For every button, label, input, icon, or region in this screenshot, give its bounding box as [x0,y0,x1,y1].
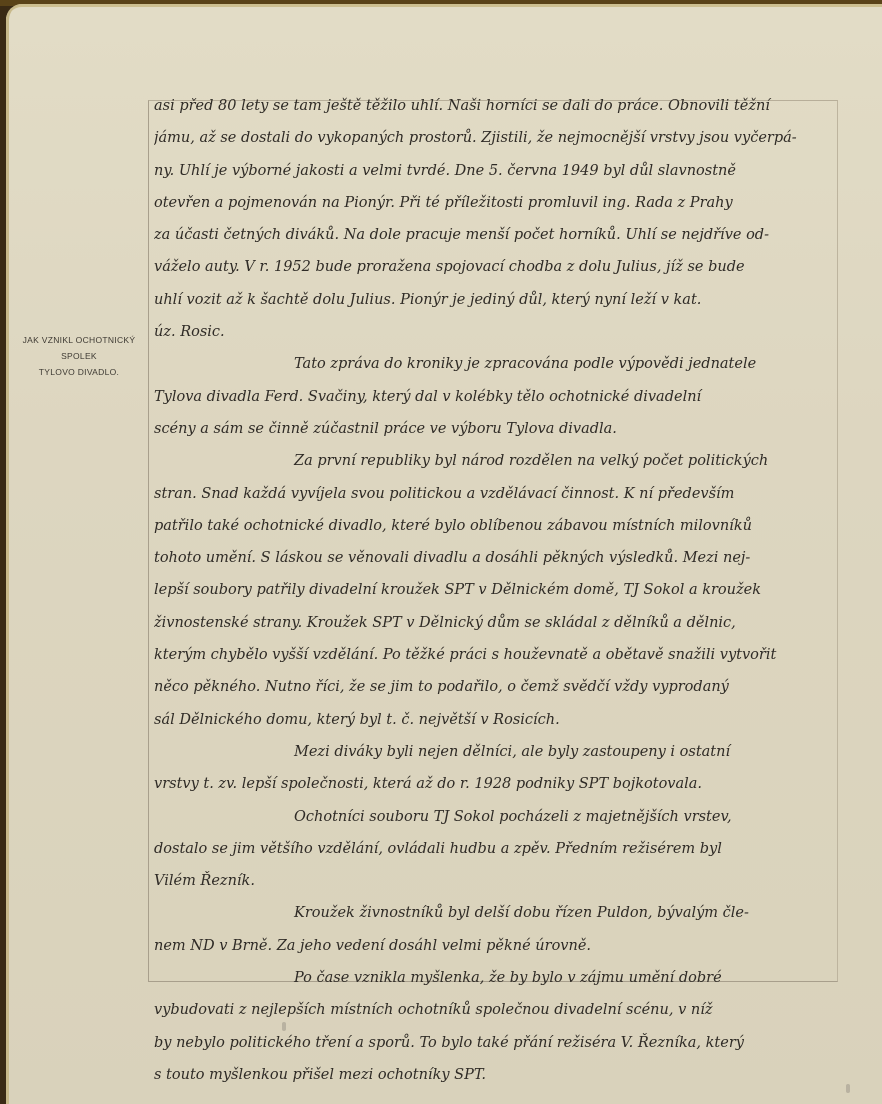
text-line: patřilo také ochotnické divadlo, které b… [154,510,834,542]
text-line: nem ND v Brně. Za jeho vedení dosáhl vel… [154,930,834,962]
paper-speck [282,1022,286,1031]
text-line: vrstvy t. zv. lepší společnosti, která a… [154,768,834,800]
text-line: lepší soubory patřily divadelní kroužek … [154,574,834,606]
text-line: Tylova divadla Ferd. Svačiny, který dal … [154,381,834,413]
text-line: Vilém Řezník. [154,865,834,897]
text-line: dostalo se jim většího vzdělání, ovládal… [154,833,834,865]
paragraph-start: Kroužek živnostníků byl delší dobu řízen… [154,897,834,929]
text-line: s touto myšlenkou přišel mezi ochotníky … [154,1059,834,1091]
text-line: živnostenské strany. Kroužek SPT v Dělni… [154,607,834,639]
paper-speck [846,1084,850,1093]
text-line: tohoto umění. S láskou se věnovali divad… [154,542,834,574]
text-line: vybudovati z nejlepších místních ochotní… [154,994,834,1026]
text-line: úz. Rosic. [154,316,834,348]
text-line: otevřen a pojmenován na Pionýr. Při té p… [154,187,834,219]
text-line: něco pěkného. Nutno říci, že se jim to p… [154,671,834,703]
text-line: scény a sám se činně zúčastnil práce ve … [154,413,834,445]
text-line: váželo auty. V r. 1952 bude proražena sp… [154,251,834,283]
margin-heading-line-2: Tylovo divadlo. [10,364,148,380]
text-line: by nebylo politického tření a sporů. To … [154,1027,834,1059]
text-line: stran. Snad každá vyvíjela svou politick… [154,478,834,510]
text-line: za účasti četných diváků. Na dole pracuj… [154,219,834,251]
handwritten-body: asi před 80 lety se tam ještě těžilo uhl… [154,90,834,1091]
paragraph-start: Ochotníci souboru TJ Sokol pocházeli z m… [154,801,834,833]
text-line: ny. Uhlí je výborné jakosti a velmi tvrd… [154,155,834,187]
margin-heading: Jak vznikl ochotnický spolek Tylovo diva… [10,332,148,380]
paragraph-start: Po čase vznikla myšlenka, že by bylo v z… [154,962,834,994]
text-line: jámu, až se dostali do vykopaných prosto… [154,122,834,154]
paragraph-start: Tato zpráva do kroniky je zpracována pod… [154,348,834,380]
text-line: asi před 80 lety se tam ještě těžilo uhl… [154,90,834,122]
paragraph-start: Za první republiky byl národ rozdělen na… [154,445,834,477]
text-line: kterým chybělo vyšší vzdělání. Po těžké … [154,639,834,671]
margin-heading-line-1: Jak vznikl ochotnický spolek [10,332,148,364]
text-line: sál Dělnického domu, který byl t. č. nej… [154,704,834,736]
paragraph-start: Mezi diváky byli nejen dělníci, ale byly… [154,736,834,768]
text-line: uhlí vozit až k šachtě dolu Julius. Pion… [154,284,834,316]
